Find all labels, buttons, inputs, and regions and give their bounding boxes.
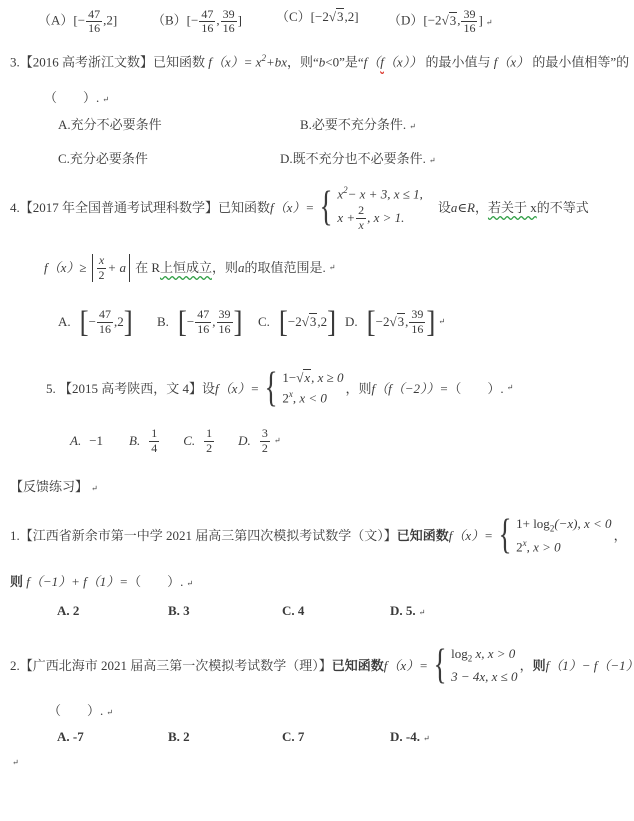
- comma: ,: [212, 313, 215, 331]
- fraction-denominator: 16: [199, 22, 215, 35]
- comma: ,: [457, 13, 460, 28]
- grammar-checked-text: 上恒成立: [160, 259, 212, 277]
- fraction-denominator: 16: [217, 323, 233, 336]
- fraction-numerator: 47: [199, 8, 215, 22]
- feedback-question-2-text: 2.【广西北海市 2021 届高三第一次模拟考试数学（理）】已知函数f（x）= …: [10, 644, 634, 687]
- question-source: 1.【江西省新余市第一中学 2021 届高三第四次模拟考试数学（文）】: [10, 527, 397, 545]
- option-c-suffix: ,2]: [344, 9, 358, 24]
- fq2-option-d: D. -4.↵: [390, 728, 430, 746]
- math-branch-1: − x + 3, x ≤ 1,: [348, 186, 423, 201]
- math-ffx: f（: [364, 54, 381, 69]
- option-b-fraction: 14: [149, 427, 159, 454]
- question-4-stem: ，: [475, 199, 488, 217]
- sqrt-x: √x: [296, 369, 311, 385]
- option-b-label: B.必要不充分条件.: [300, 117, 406, 132]
- radical-sign: √: [389, 314, 396, 329]
- question-stem-bold: 则: [10, 574, 26, 589]
- fraction-numerator: 2: [356, 204, 366, 218]
- question-5-text: 5. 【2015 高考陕西，文 4】设 f（x）= { 1−√x, x ≥ 0 …: [46, 368, 513, 409]
- piecewise-function: { 1−√x, x ≥ 0 2x, x < 0: [261, 368, 343, 409]
- option-a-label: A. 2: [57, 603, 79, 618]
- option-d-label: D. -4.: [390, 729, 420, 744]
- math-log: 1+ log: [516, 516, 550, 531]
- fraction-denominator: 16: [195, 323, 211, 336]
- option-a-suffix: ,2]: [103, 13, 117, 28]
- option-b-label: B. 3: [168, 603, 190, 618]
- math-fx-equals: f（x）=: [384, 657, 428, 675]
- option-b-label: B. 2: [168, 729, 190, 744]
- radicand: 3: [449, 12, 458, 28]
- fq2-option-b: B. 2: [168, 728, 190, 746]
- question-stem-bold: 已知函数: [332, 657, 384, 675]
- fraction-47-16: 4716: [86, 8, 102, 35]
- piecewise-function: { log2 x, x > 0 3 − 4x, x ≤ 0: [430, 644, 518, 687]
- question-3-stem: ，则“: [287, 54, 319, 69]
- answer-parentheses: （ ）.: [44, 90, 99, 105]
- piecewise-row-1: log2 x, x > 0: [451, 644, 515, 667]
- interval-end: ,2: [114, 313, 124, 331]
- document-page: { "colors": { "page_bg": "#ffffff", "tex…: [0, 0, 634, 821]
- fraction-numerator: 47: [86, 8, 102, 22]
- fq1-option-d: D. 5.↵: [390, 602, 425, 620]
- feedback-question-2-answer-blank: （ ）.↵: [48, 702, 113, 720]
- option-d-prefix: （D）[−2: [388, 13, 442, 28]
- piecewise-row-1: 1+ log2(−x), x < 0: [516, 514, 611, 537]
- question-3-answer-blank: （ ）.↵: [44, 89, 109, 107]
- piecewise-row-1: 1−√x, x ≥ 0: [282, 368, 343, 388]
- question-4-stem: 设: [425, 199, 451, 217]
- fraction-denominator: 2: [204, 442, 214, 455]
- left-bracket: [: [178, 307, 187, 337]
- paragraph-mark: ↵: [329, 263, 336, 274]
- math-branch-2: , x > 0: [527, 539, 561, 554]
- fraction-numerator: 1: [204, 427, 214, 441]
- math-fx-equals: f（x）=: [270, 199, 314, 217]
- absolute-value: x2 + a: [89, 254, 134, 281]
- left-bracket: [: [80, 307, 89, 337]
- fraction-numerator: 47: [195, 308, 211, 322]
- answer-option-b-interval: （B）[−4716,3916]: [152, 8, 242, 35]
- coefficient: −2: [288, 313, 302, 331]
- left-brace: {: [320, 191, 333, 225]
- question-5-stem: ，则: [346, 380, 372, 398]
- question-4-text: 4.【2017 年全国普通考试理科数学】已知函数 f（x）= { x2− x +…: [10, 184, 589, 232]
- option-c-letter: C.: [183, 432, 195, 450]
- minus-sign: −: [187, 313, 194, 331]
- comma: ,: [405, 313, 408, 331]
- radical-sign: √: [302, 314, 309, 329]
- section-title: 【反馈练习】: [10, 479, 88, 494]
- fraction-denominator: 16: [409, 323, 425, 336]
- piecewise-function: { 1+ log2(−x), x < 0 2x, x > 0: [495, 514, 612, 557]
- option-c-label: C. 7: [282, 729, 304, 744]
- question-4-stem: 4.【2017 年全国普通考试理科数学】已知函数: [10, 199, 270, 217]
- interval-end: ,2: [317, 313, 327, 331]
- option-b-suffix: ]: [238, 13, 242, 28]
- question-4-option-b: B.[−4716,3916]: [157, 302, 243, 342]
- fraction-numerator: 3: [260, 427, 270, 441]
- math-bx: +bx: [266, 54, 287, 69]
- question-4-option-c: C.[−2√3,2]: [258, 302, 336, 342]
- fraction-numerator: 39: [461, 8, 477, 22]
- fraction-denominator: 2: [260, 442, 270, 455]
- math-branch-2: 3 − 4x, x ≤ 0: [451, 669, 517, 684]
- math-a-in-R: a∈R: [451, 199, 475, 217]
- question-3-option-b: B.必要不充分条件.↵: [300, 116, 416, 134]
- math-f-difference: f（1）− f（−1）=: [546, 657, 634, 675]
- fq1-option-c: C. 4: [282, 602, 304, 620]
- option-d-suffix: ]: [478, 13, 482, 28]
- fraction-numerator: 39: [217, 308, 233, 322]
- answer-parentheses: （ ）.: [48, 703, 103, 718]
- option-c-letter: C.: [258, 313, 270, 331]
- option-a-label: A.充分不必要条件: [58, 117, 162, 132]
- option-d-label: D.既不充分也不必要条件.: [280, 151, 426, 166]
- radical-sign: √: [442, 13, 449, 28]
- trailing-paragraph: ↵: [12, 752, 19, 770]
- fraction-numerator: x: [97, 254, 106, 268]
- fraction-numerator: 39: [409, 308, 425, 322]
- fraction-denominator: 16: [461, 22, 477, 35]
- coefficient: −2: [376, 313, 390, 331]
- option-b-prefix: （B）[−: [152, 13, 198, 28]
- paragraph-mark: ↵: [186, 579, 193, 588]
- fq1-option-a: A. 2: [57, 602, 79, 620]
- question-3-stem: 的最小值相等”的: [529, 54, 629, 69]
- paragraph-mark: ↵: [429, 156, 436, 165]
- fraction-numerator: 47: [97, 308, 113, 322]
- left-bracket: [: [367, 307, 376, 337]
- question-3-option-a: A.充分不必要条件: [58, 116, 162, 134]
- option-d-letter: D.: [238, 432, 251, 450]
- fraction-numerator: 1: [149, 427, 159, 441]
- fraction-denominator: 2: [97, 269, 107, 282]
- option-a-value: −1: [89, 432, 103, 450]
- paragraph-mark: ↵: [274, 436, 281, 447]
- fraction-39-16: 3916: [461, 8, 477, 35]
- option-a-letter: A.: [58, 313, 71, 331]
- math-branch-2: , x < 0: [293, 390, 327, 405]
- question-4-inequality: f（x）≥ x2 + a 在 R 上恒成立，则 a 的取值范围是.↵: [44, 248, 335, 288]
- paragraph-mark: ↵: [91, 484, 98, 493]
- question-source: 2.【广西北海市 2021 届高三第一次模拟考试数学（理）】: [10, 657, 332, 675]
- option-b-letter: B.: [157, 313, 169, 331]
- fraction-39-16: 3916: [221, 8, 237, 35]
- paragraph-mark: ↵: [486, 18, 493, 27]
- paragraph-mark: ↵: [423, 734, 430, 743]
- right-bracket: ]: [234, 307, 243, 337]
- math-fx-equals: f（x）=: [215, 380, 259, 398]
- question-4-option-d: D.[−2√3,3916]↵: [345, 302, 445, 342]
- option-c-label: C. 4: [282, 603, 304, 618]
- sqrt-3: √3: [389, 313, 405, 331]
- fq2-option-a: A. -7: [57, 728, 84, 746]
- feedback-question-1-ask: 则 f（−1）+ f（1）=（ ）.↵: [10, 573, 193, 591]
- fraction-39-16: 3916: [217, 308, 233, 335]
- math-log: log: [451, 646, 468, 661]
- option-c-fraction: 12: [204, 427, 214, 454]
- comma: ，: [614, 527, 627, 545]
- left-brace: {: [265, 372, 278, 406]
- math-branch-1: (−x), x < 0: [554, 516, 611, 531]
- question-3-text: 3.【2016 高考浙江文数】已知函数 f（x）= x2+bx，则“b<0”是“…: [10, 52, 629, 71]
- paragraph-mark: ↵: [12, 758, 19, 767]
- option-d-label: D. 5.: [390, 603, 416, 618]
- fq2-option-c: C. 7: [282, 728, 304, 746]
- option-a-letter: A.: [70, 432, 81, 450]
- comma: ，: [520, 657, 533, 675]
- question-4-stem: 在 R: [135, 259, 160, 277]
- left-brace: {: [498, 519, 511, 553]
- feedback-question-1-text: 1.【江西省新余市第一中学 2021 届高三第四次模拟考试数学（文）】已知函数f…: [10, 514, 627, 557]
- fraction-39-16: 3916: [409, 308, 425, 335]
- question-4-stem: 的不等式: [537, 199, 589, 217]
- fraction-x-2: x2: [97, 254, 107, 281]
- piecewise-row-1: x2− x + 3, x ≤ 1,: [337, 184, 423, 204]
- option-d-fraction: 32: [260, 427, 270, 454]
- option-a-label: A. -7: [57, 729, 84, 744]
- abs-bar-left: [92, 254, 93, 281]
- fq1-option-b: B. 3: [168, 602, 190, 620]
- math-ff-minus2: f（f（−2））=: [372, 380, 449, 398]
- fraction-denominator: 16: [221, 22, 237, 35]
- piecewise-row-2: 3 − 4x, x ≤ 0: [451, 667, 517, 687]
- right-bracket: ]: [124, 307, 133, 337]
- question-4-stem: ，则: [212, 259, 238, 277]
- left-bracket: [: [279, 307, 288, 337]
- right-bracket: ]: [426, 307, 435, 337]
- math-branch-1: , x ≥ 0: [311, 370, 343, 385]
- radicand: 3: [397, 313, 406, 329]
- fraction-47-16: 4716: [195, 308, 211, 335]
- fraction-2-x: 2x: [356, 204, 366, 231]
- paragraph-mark: ↵: [409, 122, 416, 131]
- math-one-minus: 1−: [282, 370, 296, 385]
- piecewise-row-2: 2x, x > 0: [516, 537, 561, 557]
- question-stem-bold: 则: [533, 657, 546, 675]
- option-c-prefix: （C）[−2: [276, 9, 329, 24]
- question-3-option-c: C.充分必要条件: [58, 150, 148, 168]
- fraction-denominator: 4: [149, 442, 159, 455]
- piecewise-row-2: x +2x, x > 1.: [337, 204, 404, 231]
- question-5-options: A.−1 B.14 C.12 D.32 ↵: [70, 424, 281, 458]
- comma: ,: [216, 13, 219, 28]
- math-x-plus: x +: [337, 208, 355, 228]
- sqrt-3: √3: [302, 313, 318, 331]
- fraction-47-16: 4716: [199, 8, 215, 35]
- abs-bar-right: [129, 254, 130, 281]
- fraction-numerator: 39: [221, 8, 237, 22]
- paragraph-mark: ↵: [102, 95, 109, 104]
- question-stem-bold: 已知函数: [397, 527, 449, 545]
- question-4-option-a: A.[−4716,2]: [58, 302, 133, 342]
- question-5-stem: 5. 【2015 高考陕西，文 4】设: [46, 380, 215, 398]
- answer-parentheses: （ ）.: [448, 380, 503, 398]
- question-3-stem: 的最小值与: [422, 54, 494, 69]
- feedback-section-header: 【反馈练习】↵: [10, 478, 98, 496]
- radicand: x: [303, 369, 311, 385]
- math-branch-1: x, x > 0: [472, 646, 515, 661]
- question-3-stem: 3.【2016 高考浙江文数】已知函数: [10, 54, 208, 69]
- paragraph-mark: ↵: [438, 317, 445, 328]
- sqrt-3: √3: [329, 8, 345, 24]
- fraction-denominator: 16: [86, 22, 102, 35]
- answer-option-a-interval: （A）[−4716,2]: [38, 8, 117, 35]
- math-fx-equals: f（x）=: [449, 527, 493, 545]
- math-ffx: （x））: [384, 54, 422, 69]
- piecewise-function: { x2− x + 3, x ≤ 1, x +2x, x > 1.: [316, 184, 423, 232]
- math-fx-geq: f（x）≥: [44, 259, 87, 277]
- option-a-prefix: （A）[−: [38, 13, 85, 28]
- paragraph-mark: ↵: [419, 608, 426, 617]
- math-branch-2: , x > 1.: [367, 208, 404, 228]
- radicand: 3: [309, 313, 318, 329]
- answer-parentheses: （ ）.: [128, 574, 183, 589]
- option-d-letter: D.: [345, 313, 358, 331]
- option-c-label: C.充分必要条件: [58, 151, 148, 166]
- sqrt-3: √3: [442, 12, 458, 28]
- math-fx: f（x）: [494, 54, 529, 69]
- right-bracket: ]: [327, 307, 336, 337]
- fraction-denominator: x: [356, 219, 365, 232]
- answer-option-d-interval: （D）[−2√3,3916]↵: [388, 8, 493, 35]
- answer-option-c-interval: （C）[−2√3,2]: [276, 8, 359, 26]
- fraction-47-16: 4716: [97, 308, 113, 335]
- option-b-letter: B.: [129, 432, 140, 450]
- question-3-stem: <0”是“: [325, 54, 363, 69]
- math-plus-a: + a: [108, 259, 127, 277]
- minus-sign: −: [89, 313, 96, 331]
- grammar-checked-text: 若关于 x: [488, 199, 537, 217]
- fraction-denominator: 16: [97, 323, 113, 336]
- piecewise-row-2: 2x, x < 0: [282, 388, 327, 408]
- paragraph-mark: ↵: [507, 383, 514, 394]
- left-brace: {: [433, 649, 446, 683]
- math-fx: f（x）= x: [208, 54, 261, 69]
- paragraph-mark: ↵: [106, 708, 113, 717]
- radical-sign: √: [329, 9, 336, 24]
- question-3-option-d: D.既不充分也不必要条件.↵: [280, 150, 436, 168]
- math-f-sum: f（−1）+ f（1）=: [26, 574, 128, 589]
- question-4-stem: 的取值范围是.: [245, 259, 326, 277]
